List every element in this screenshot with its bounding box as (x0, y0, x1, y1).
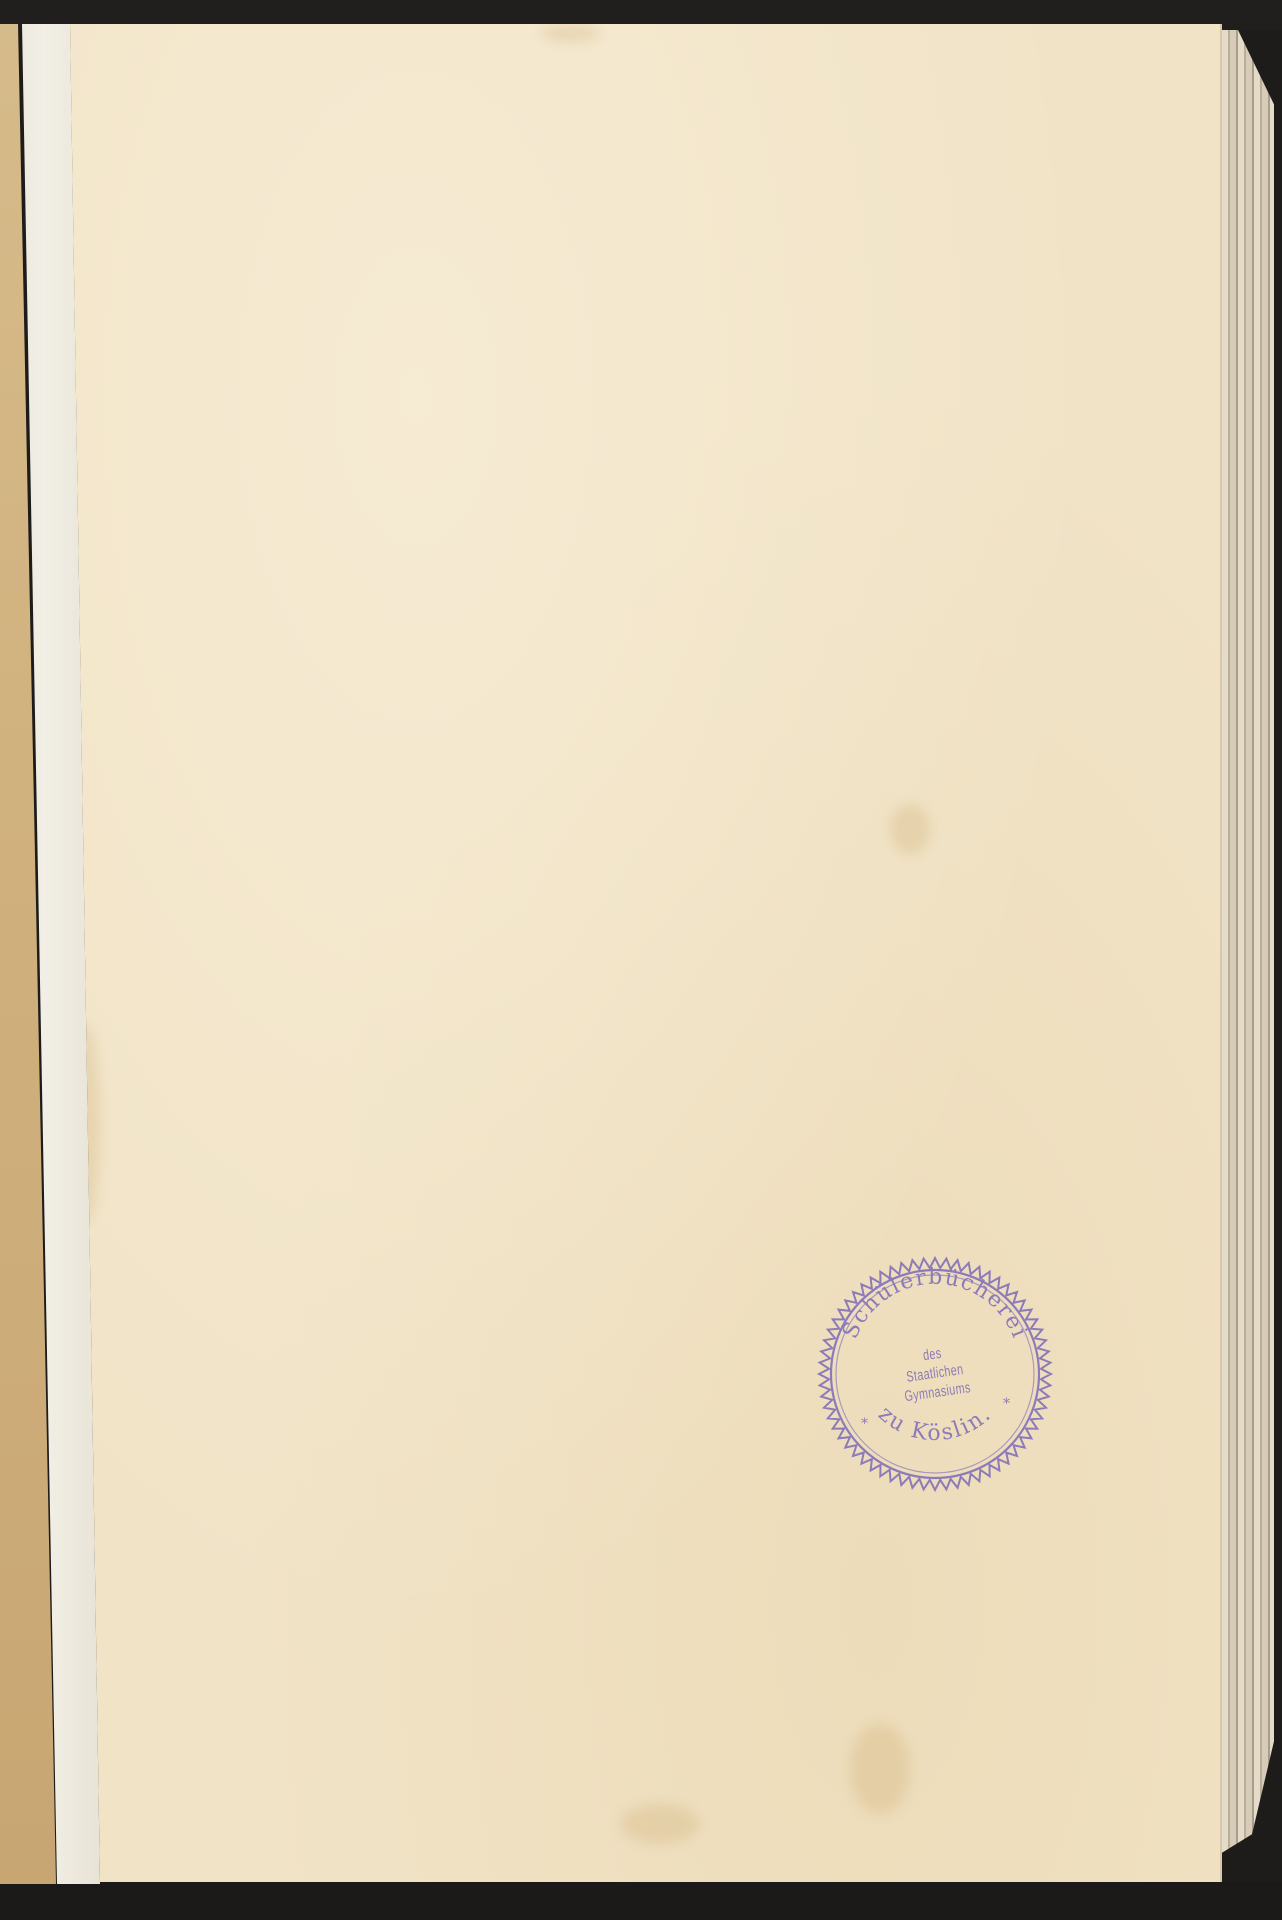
paper-stains (70, 24, 1222, 1882)
stamp-star-right: * (1003, 1396, 1010, 1412)
stamp-outer-text: Schülerbücherei (838, 1265, 1032, 1343)
scan-background-bottom (0, 1882, 1282, 1920)
stamp-star-left: * (861, 1416, 868, 1432)
library-stamp: Schülerbücherei zu Köslin. * * des Staat… (819, 1258, 1051, 1490)
svg-text:Schülerbücherei: Schülerbücherei (838, 1265, 1032, 1343)
page-stack-edge (1222, 30, 1274, 1890)
book-page (70, 24, 1222, 1882)
